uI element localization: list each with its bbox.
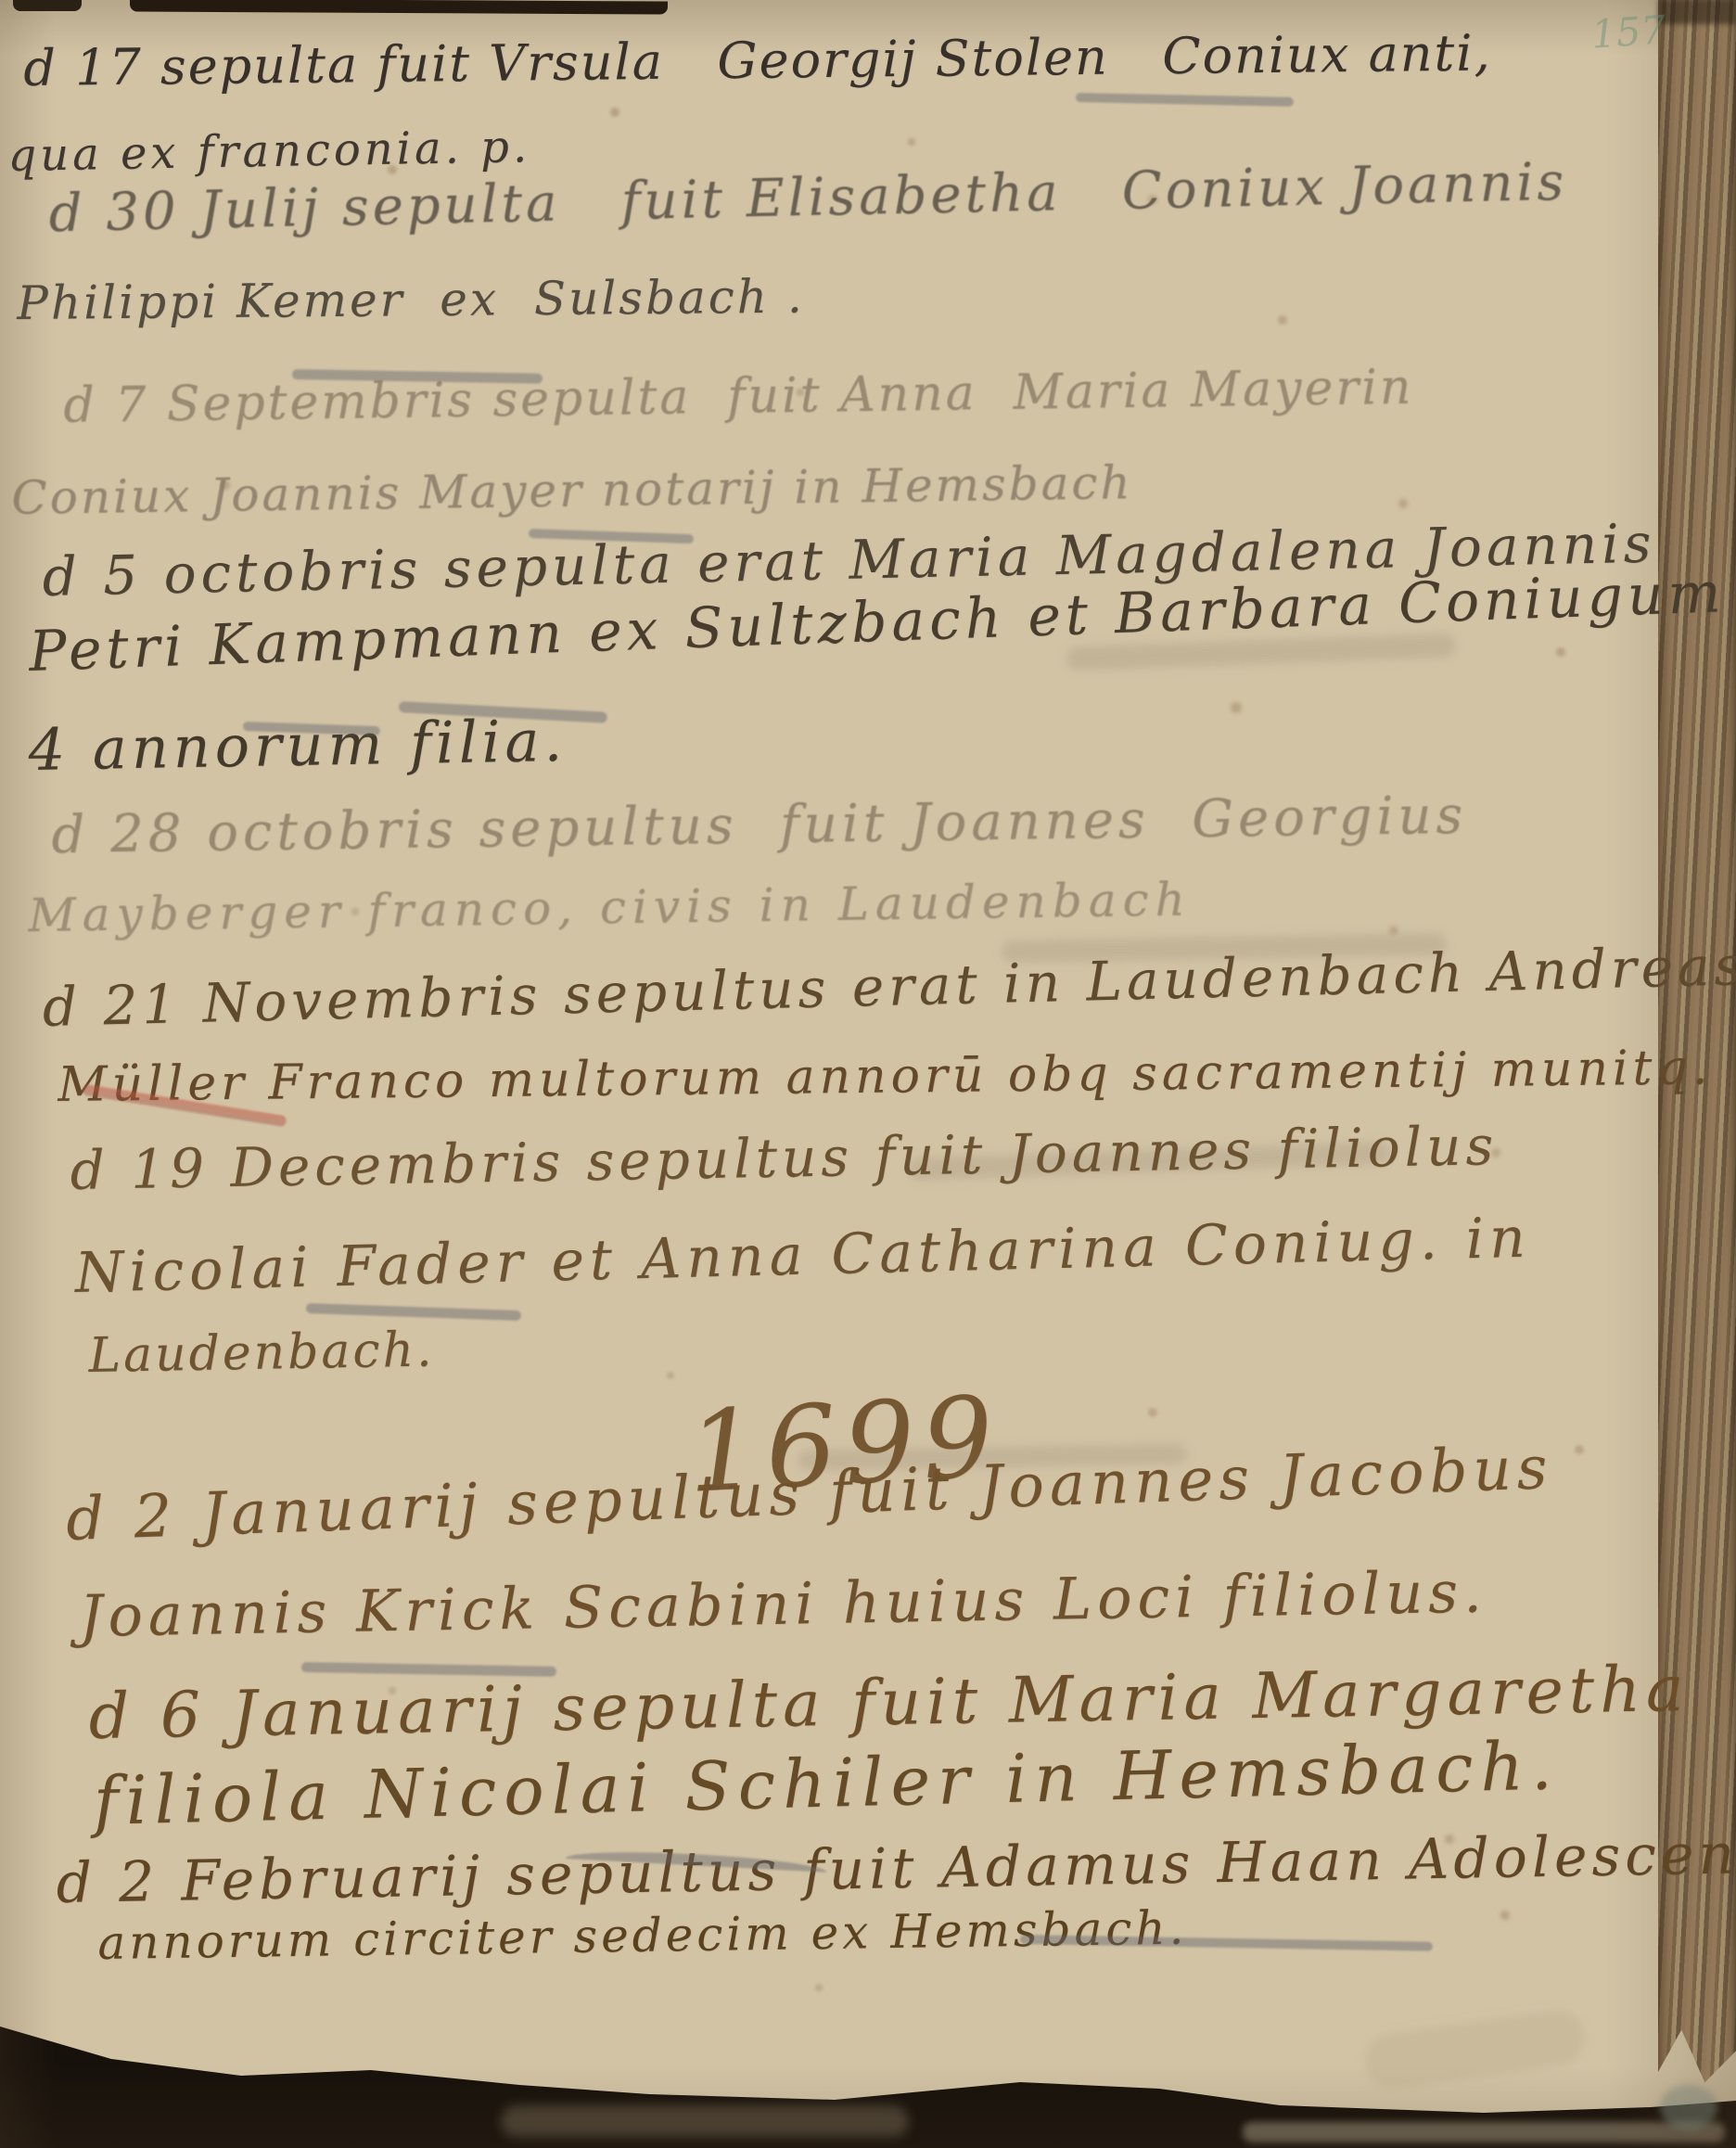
binding-fragment xyxy=(1660,2085,1717,2129)
under-page-edge xyxy=(1243,2122,1725,2142)
register-line: Philippi Kemer ex Sulsbach . xyxy=(17,270,805,330)
manuscript-photo: 157 d 17 sepulta fuit Vrsula Georgij Sto… xyxy=(0,0,1736,2148)
register-line: Laudenbach. xyxy=(88,1322,435,1384)
foxing-speckles xyxy=(0,0,6,6)
register-line: 4 annorum filia. xyxy=(28,707,568,784)
torn-edge-debris xyxy=(501,2105,909,2137)
top-left-page-sliver xyxy=(13,0,82,11)
page-stack-shadow xyxy=(1658,0,1736,24)
pencil-page-number: 157 xyxy=(1589,6,1666,57)
register-line: qua ex franconia. p. xyxy=(7,121,531,182)
